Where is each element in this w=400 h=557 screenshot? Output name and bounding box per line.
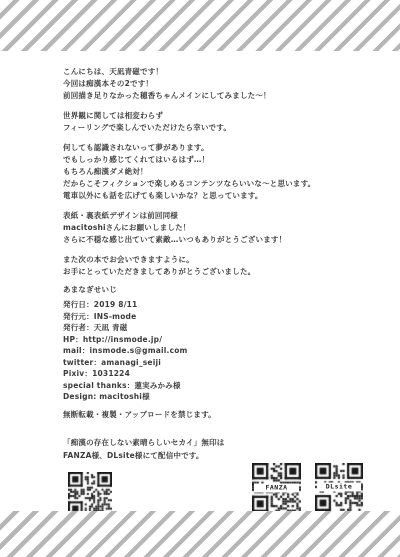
stripe-border-bottom [0, 511, 400, 557]
afterword-line: フィーリングで楽しんでいただけたら幸いです。 [63, 122, 315, 134]
afterword-line: お手にとっていただきましてありがとうございました。 [63, 266, 315, 278]
qr-code-hp [68, 472, 112, 516]
colophon-publisher-circle: 発行元：INS-mode [63, 311, 188, 323]
qr-code-fanza: FANZA [252, 463, 301, 512]
colophon-mail: mail：insmode.s@gmail.com [63, 345, 188, 357]
colophon-publish-date: 発行日：2019 8/11 [63, 299, 188, 311]
afterword-line: もちろん痴漢ダメ絶対！ [63, 166, 315, 178]
afterword-text: こんにちは、天凪青磁です！ 今回は痴漢本その2です！ 前回描き足りなかった穂香ち… [63, 66, 315, 278]
author-signature: あまなぎせいじ [63, 284, 117, 296]
distribution-line: FANZA様、DLsite様にて配信中です。 [63, 449, 224, 462]
copyright-notice: 無断転載・複製・アップロードを禁じます。 [63, 409, 216, 421]
qr-label-dlsite: DLsite [317, 483, 361, 492]
afterword-line: 電車以外にも話を広げても楽しいかな？と思っています。 [63, 190, 315, 202]
colophon-pixiv: Pixiv：1031224 [63, 368, 188, 380]
afterword-line: こんにちは、天凪青磁です！ [63, 66, 315, 78]
afterword-line: 表紙・裏表紙デザインは前回同様 [63, 210, 315, 222]
distribution-note: 「痴漢の存在しない素晴らしいセカイ」無印は FANZA様、DLsite様にて配信… [63, 436, 224, 462]
afterword-line: macitoshiさんにお願いしました！ [63, 222, 315, 234]
colophon: 発行日：2019 8/11 発行元：INS-mode 発行者：天凪 青磁 HP：… [63, 299, 188, 403]
colophon-design: Design: macitoshi様 [63, 391, 188, 403]
afterword-line: 今回は痴漢本その2です！ [63, 78, 315, 90]
qr-label-fanza: FANZA [254, 483, 299, 492]
afterword-line: 世界観に関しては相変わらず [63, 110, 315, 122]
afterword-line: また次の本でお会いできますように。 [63, 254, 315, 266]
qr-code-dlsite: DLsite [315, 463, 363, 511]
paragraph-gap [63, 102, 315, 110]
paragraph-gap [63, 134, 315, 142]
paragraph-gap [63, 246, 315, 254]
afterword-line: 何しても認識されないって夢があります。 [63, 142, 315, 154]
afterword-line: 前回描き足りなかった穂香ちゃんメインにしてみました～！ [63, 90, 315, 102]
afterword-line: さらに不穏な感じ出ていて素敵…いつもありがとうございます！ [63, 234, 315, 246]
qr-image-hp [68, 472, 112, 516]
colophon-twitter: twitter：amanagi_seiji [63, 357, 188, 369]
afterword-line: でもしっかり感じてくれてはいるはず…！ [63, 154, 315, 166]
afterword-page: こんにちは、天凪青磁です！ 今回は痴漢本その2です！ 前回描き足りなかった穂香ち… [0, 0, 400, 557]
afterword-line: だからこそフィクションで楽しめるコンテンツならいいな～と思います。 [63, 178, 315, 190]
colophon-publisher-author: 発行者：天凪 青磁 [63, 322, 188, 334]
stripe-border-top [0, 0, 400, 51]
colophon-homepage: HP：http://insmode.jp/ [63, 334, 188, 346]
paragraph-gap [63, 202, 315, 210]
distribution-line: 「痴漢の存在しない素晴らしいセカイ」無印は [63, 436, 224, 449]
colophon-special-thanks: special thanks：蓮実みかみ様 [63, 380, 188, 392]
